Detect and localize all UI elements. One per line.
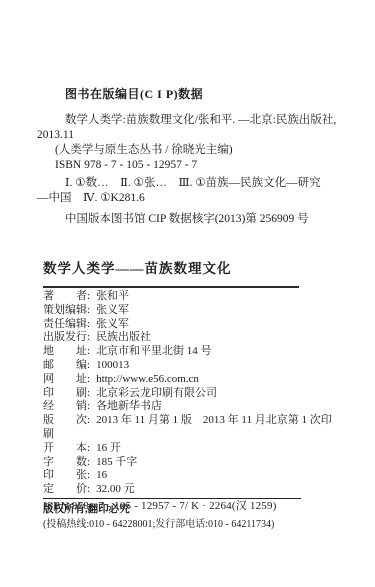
pub-value: 185 千字 xyxy=(96,456,137,468)
pub-row-distributor: 经 销:各地新华书店 xyxy=(43,400,333,414)
cip-header: 图书在版编目(C I P)数据 xyxy=(65,87,337,102)
pub-label: 字 数: xyxy=(43,456,90,470)
cip-isbn: ISBN 978 - 7 - 105 - 12957 - 7 xyxy=(55,158,337,173)
pub-row-format: 开 本:16 开 xyxy=(43,442,333,456)
pub-value: 民族出版社 xyxy=(96,331,151,343)
pub-label: 策划编辑: xyxy=(43,304,90,318)
pub-row-printer: 印 刷:北京彩云龙印刷有限公司 xyxy=(43,387,333,401)
pub-label: 版 次: xyxy=(43,414,90,428)
cip-bibliographic-line-2: 2013.11 xyxy=(37,128,337,143)
pub-label: 地 址: xyxy=(43,345,90,359)
pub-value: 张义军 xyxy=(96,318,129,330)
pub-label: 经 销: xyxy=(43,400,90,414)
pub-label: 定 价: xyxy=(43,483,90,497)
copyright-notice: 版权所有,翻印必究 xyxy=(43,503,301,516)
pub-value: 各地新华书店 xyxy=(96,400,162,412)
pub-row-website: 网 址:http://www.e56.com.cn xyxy=(43,373,333,387)
pub-value: 张和平 xyxy=(96,290,129,302)
cip-data-block: 图书在版编目(C I P)数据 数学人类学:苗族数理文化/张和平. —北京:民族… xyxy=(37,87,337,227)
pub-label: 网 址: xyxy=(43,373,90,387)
pub-row-price: 定 价:32.00 元 xyxy=(43,483,333,497)
pub-row-postcode: 邮 编:100013 xyxy=(43,359,333,373)
pub-label: 印 刷: xyxy=(43,387,90,401)
pub-value: http://www.e56.com.cn xyxy=(96,373,199,385)
pub-value: 16 xyxy=(96,469,107,481)
cip-registry-number: 中国版本图书馆 CIP 数据核字(2013)第 256909 号 xyxy=(65,212,337,227)
pub-row-edition: 版 次:2013 年 11 月第 1 版 2013 年 11 月北京第 1 次印… xyxy=(43,414,333,442)
pub-row-author: 著 者:张和平 xyxy=(43,290,333,304)
pub-row-responsible-editor: 责任编辑:张义军 xyxy=(43,318,333,332)
pub-value: 16 开 xyxy=(96,442,121,454)
pub-label: 印 张: xyxy=(43,469,90,483)
book-copyright-page: 图书在版编目(C I P)数据 数学人类学:苗族数理文化/张和平. —北京:民族… xyxy=(0,0,375,587)
pub-value: 北京市和平里北街 14 号 xyxy=(96,345,212,357)
pub-label: 责任编辑: xyxy=(43,318,90,332)
pub-row-publisher: 出版发行:民族出版社 xyxy=(43,331,333,345)
pub-label: 著 者: xyxy=(43,290,90,304)
pub-value: 100013 xyxy=(96,359,129,371)
cip-subject-line-1: Ⅰ. ①数… Ⅱ. ①张… Ⅲ. ①苗族—民族文化—研究 xyxy=(65,176,337,191)
contact-phone-line: (投稿热线:010 - 64228001;发行部电话:010 - 6421173… xyxy=(43,518,301,531)
cip-subject-line-2: —中国 Ⅳ. ①K281.6 xyxy=(37,191,337,206)
pub-row-planning-editor: 策划编辑:张义军 xyxy=(43,304,333,318)
cip-series-note: (人类学与原生态丛书 / 徐晓光主编) xyxy=(55,143,337,158)
pub-label: 开 本: xyxy=(43,442,90,456)
pub-value: 张义军 xyxy=(96,304,129,316)
pub-label: 出版发行: xyxy=(43,331,90,345)
pub-value: 北京彩云龙印刷有限公司 xyxy=(96,387,217,399)
pub-value: 32.00 元 xyxy=(96,483,135,495)
pub-row-address: 地 址:北京市和平里北街 14 号 xyxy=(43,345,333,359)
title-divider xyxy=(43,286,299,288)
book-title: 数学人类学——苗族数理文化 xyxy=(43,260,299,278)
cip-bibliographic-line-1: 数学人类学:苗族数理文化/张和平. —北京:民族出版社, xyxy=(65,113,337,128)
pub-label: 邮 编: xyxy=(43,359,90,373)
footer-block: 版权所有,翻印必究 (投稿热线:010 - 64228001;发行部电话:010… xyxy=(43,498,301,531)
publication-info-list: 著 者:张和平 策划编辑:张义军 责任编辑:张义军 出版发行:民族出版社 地 址… xyxy=(43,290,333,514)
title-block: 数学人类学——苗族数理文化 xyxy=(43,260,299,288)
pub-row-word-count: 字 数:185 千字 xyxy=(43,456,333,470)
pub-row-sheets: 印 张:16 xyxy=(43,469,333,483)
